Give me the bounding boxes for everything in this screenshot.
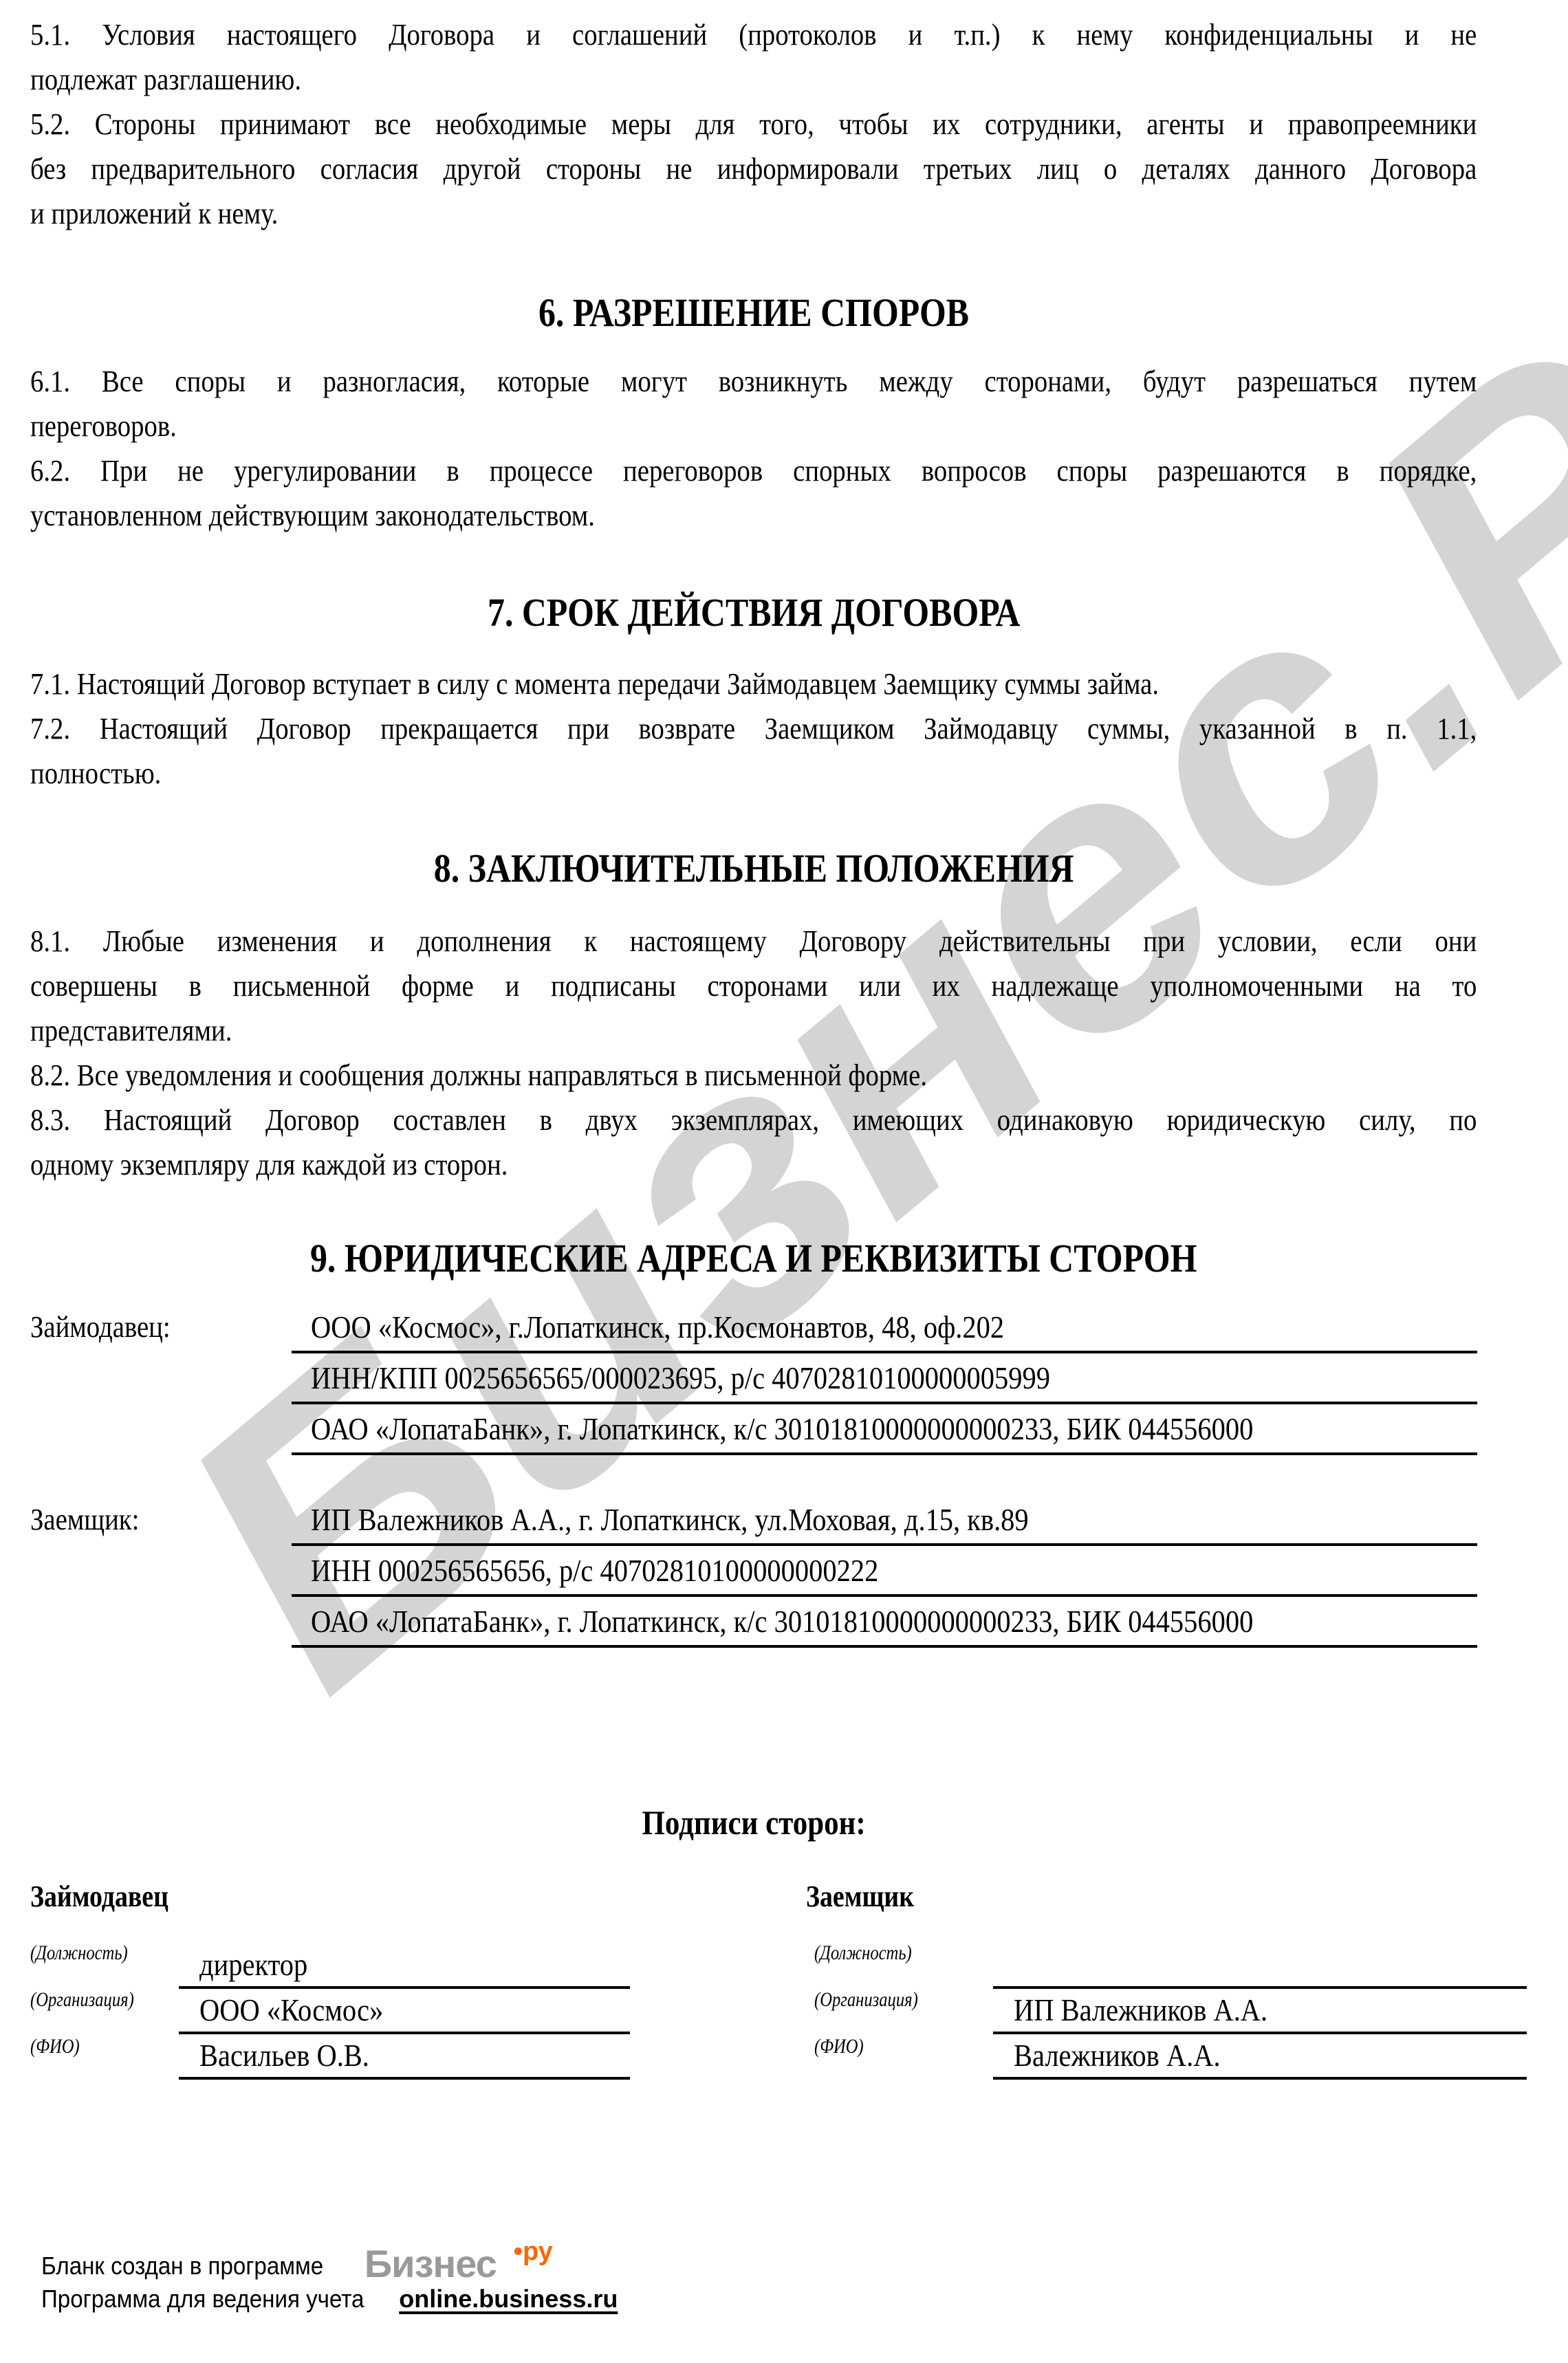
- borrower-signature-party: Заемщик: [806, 1877, 932, 1916]
- text-line: и приложений к нему.: [30, 191, 1477, 236]
- name-caption: (ФИО): [814, 2033, 874, 2060]
- text-line: 7.2. Настоящий Договор прекращается при …: [30, 706, 1477, 751]
- text-line: установленном действующим законодательст…: [30, 493, 1477, 538]
- footer-program-text: Программа для ведения учета: [41, 2284, 364, 2314]
- organization-caption: (Организация): [30, 1986, 157, 2014]
- clause-6-1: 6.1. Все споры и разногласия, которые мо…: [30, 359, 1477, 448]
- clause-7-2: 7.2. Настоящий Договор прекращается при …: [30, 706, 1477, 796]
- footer-line-2: Программа для ведения учета online.busin…: [41, 2284, 618, 2314]
- clause-7-1: 7.1. Настоящий Договор вступает в силу с…: [30, 662, 1477, 706]
- section-heading-9: 9. ЮРИДИЧЕСКИЕ АДРЕСА И РЕКВИЗИТЫ СТОРОН: [30, 1234, 1477, 1283]
- clause-6-2: 6.2. При не урегулировании в процессе пе…: [30, 448, 1477, 538]
- text-line: 8.2. Все уведомления и сообщения должны …: [30, 1053, 1477, 1098]
- lender-label: Займодавец:: [30, 1307, 189, 1348]
- document-page: Бизнес.Ру 5.1. Условия настоящего Догово…: [0, 0, 1568, 2363]
- section-heading-8: 8. ЗАКЛЮЧИТЕЛЬНЫЕ ПОЛОЖЕНИЯ: [30, 845, 1477, 893]
- text-line: полностью.: [30, 751, 1477, 796]
- position-caption: (Должность): [814, 1939, 933, 1967]
- clause-8-3: 8.3. Настоящий Договор составлен в двух …: [30, 1098, 1477, 1187]
- text-line: 8.1. Любые изменения и дополнения к наст…: [30, 919, 1477, 963]
- text-line: без предварительного согласия другой сто…: [30, 146, 1477, 191]
- lender-organization-field: ООО «Космос»: [179, 1989, 630, 2034]
- text-line: одному экземпляру для каждой из сторон.: [30, 1142, 1477, 1187]
- text-line: 7.1. Настоящий Договор вступает в силу с…: [30, 662, 1477, 706]
- borrower-tax-account: ИНН 000256565656, р/с 407028101000000002…: [292, 1546, 1477, 1597]
- borrower-name-field: Валежников А.А.: [993, 2034, 1527, 2080]
- text-line: 8.3. Настоящий Договор составлен в двух …: [30, 1098, 1477, 1142]
- lender-name-field: Васильев О.В.: [179, 2034, 630, 2080]
- section-heading-6: 6. РАЗРЕШЕНИЕ СПОРОВ: [30, 289, 1477, 337]
- lender-tax-account: ИНН/КПП 0025656565/000023695, р/с 407028…: [292, 1353, 1477, 1404]
- text-line: совершены в письменной форме и подписаны…: [30, 963, 1477, 1008]
- footer-line-1: Бланк создан в программе Бизнес •ру: [41, 2249, 618, 2284]
- text-line: представителями.: [30, 1008, 1477, 1053]
- lender-address: ООО «Космос», г.Лопаткинск, пр.Космонавт…: [292, 1303, 1477, 1353]
- text-line: подлежат разглашению.: [30, 57, 1477, 102]
- clause-5-2: 5.2. Стороны принимают все необходимые м…: [30, 102, 1477, 236]
- lender-signature-party: Займодавец: [30, 1877, 191, 1916]
- borrower-bank: ОАО «ЛопатаБанк», г. Лопаткинск, к/с 301…: [292, 1597, 1477, 1648]
- clause-5-1: 5.1. Условия настоящего Договора и согла…: [30, 12, 1477, 102]
- clause-8-1: 8.1. Любые изменения и дополнения к наст…: [30, 919, 1477, 1053]
- footer-created-text: Бланк создан в программе: [41, 2251, 323, 2281]
- borrower-organization-field: ИП Валежников А.А.: [993, 1989, 1527, 2034]
- logo-brand: Бизнес: [364, 2242, 497, 2285]
- borrower-position-field: [993, 1943, 1527, 1989]
- text-line: 6.1. Все споры и разногласия, которые мо…: [30, 359, 1477, 404]
- footer: Бланк создан в программе Бизнес •ру Прог…: [41, 2249, 618, 2314]
- text-line: переговоров.: [30, 404, 1477, 448]
- section-heading-7: 7. СРОК ДЕЙСТВИЯ ДОГОВОРА: [30, 589, 1477, 637]
- logo-tld: •ру: [514, 2236, 553, 2267]
- position-caption: (Должность): [30, 1939, 149, 1967]
- text-line: 6.2. При не урегулировании в процессе пе…: [30, 448, 1477, 493]
- business-ru-logo: Бизнес •ру: [364, 2249, 497, 2284]
- text-line: 5.2. Стороны принимают все необходимые м…: [30, 102, 1477, 146]
- signatures-title: Подписи сторон:: [30, 1802, 1477, 1843]
- online-business-link[interactable]: online.business.ru: [399, 2285, 618, 2313]
- clause-8-2: 8.2. Все уведомления и сообщения должны …: [30, 1053, 1477, 1098]
- lender-bank: ОАО «ЛопатаБанк», г. Лопаткинск, к/с 301…: [292, 1404, 1477, 1455]
- borrower-label: Заемщик:: [30, 1499, 154, 1540]
- name-caption: (ФИО): [30, 2033, 90, 2060]
- text-line: 5.1. Условия настоящего Договора и согла…: [30, 12, 1477, 57]
- borrower-address: ИП Валежников А.А., г. Лопаткинск, ул.Мо…: [292, 1495, 1477, 1546]
- lender-position-field: директор: [179, 1943, 630, 1989]
- organization-caption: (Организация): [814, 1986, 941, 2014]
